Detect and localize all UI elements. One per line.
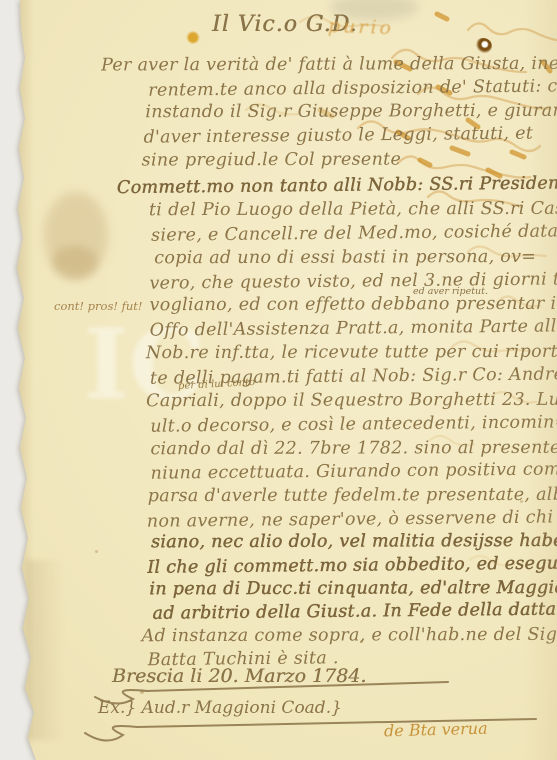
manuscript-line: ciando dal dì 22. 7bre 1782. sino al pre… xyxy=(150,438,557,459)
paper-shadow: IC Il Vic.o G.D. purio Per aver la verit… xyxy=(0,0,557,760)
manuscript-line: Il che gli commett.mo sia obbedito, ed e… xyxy=(147,553,557,578)
manuscript-line: Nob.re inf.tta, le ricevute tutte per cu… xyxy=(146,342,557,364)
manuscript-line: siere, e Cancell.re del Med.mo, cosiché … xyxy=(151,221,557,245)
signature-line: Ex.} Aud.r Maggioni Coad.} xyxy=(98,698,342,718)
margin-note: cont! pros! fut! xyxy=(54,299,143,313)
manuscript-line: sine pregiud.le Col presente xyxy=(142,150,402,171)
manuscript-line: ad arbitrio della Giust.a. In Fede della… xyxy=(152,599,557,623)
manuscript-lines: Per aver la verità de' fatti à lume dell… xyxy=(0,0,557,760)
manuscript-line: vogliano, ed con effetto debbano present… xyxy=(150,294,557,315)
manuscript-line: Capriali, doppo il Sequestro Borghetti 2… xyxy=(146,390,557,412)
superscript-note: ed aver ripetut. xyxy=(413,286,488,297)
manuscript-line: ti del Pio Luogo della Pietà, che alli S… xyxy=(149,199,557,221)
manuscript-line: non averne, ne saper'ove, ò esservene di… xyxy=(147,507,557,532)
paper: IC Il Vic.o G.D. purio Per aver la verit… xyxy=(0,0,557,760)
manuscript-line: ult.o decorso, e così le antecedenti, in… xyxy=(150,412,557,436)
manuscript-line: Per aver la verità de' fatti à lume dell… xyxy=(101,54,557,76)
manuscript-line: Offo dell'Assistenza Pratt.a, monita Par… xyxy=(150,316,557,340)
manuscript-line: rentem.te anco alla disposizion de' Stat… xyxy=(148,76,557,101)
date-line: Brescia li 20. Marzo 1784. xyxy=(112,665,366,687)
manuscript-line: instando il Sig.r Giuseppe Borghetti, e … xyxy=(145,101,557,123)
manuscript-line: vero, che questo visto, ed nel 3.ne di g… xyxy=(149,269,557,294)
manuscript-line: Ad instanza come sopra, e coll'hab.ne de… xyxy=(142,625,557,647)
manuscript-line: copia ad uno di essi basti in persona, o… xyxy=(154,247,536,268)
manuscript-line: in pena di Ducc.ti cinquanta, ed'altre M… xyxy=(149,578,557,600)
manuscript-line: niuna eccettuata. Giurando con positiva … xyxy=(150,459,557,483)
manuscript-scan: IC Il Vic.o G.D. purio Per aver la verit… xyxy=(0,0,557,760)
manuscript-line: siano, nec alio dolo, vel malitia desijs… xyxy=(151,531,557,553)
manuscript-line: parsa d'averle tutte fedelm.te presentat… xyxy=(148,485,557,506)
verso-annotation: de Bta verua xyxy=(384,719,488,741)
manuscript-line: Commett.mo non tanto alli Nobb: SS.ri Pr… xyxy=(117,173,557,198)
manuscript-line: d'aver interesse giusto le Leggi, statut… xyxy=(143,124,533,148)
